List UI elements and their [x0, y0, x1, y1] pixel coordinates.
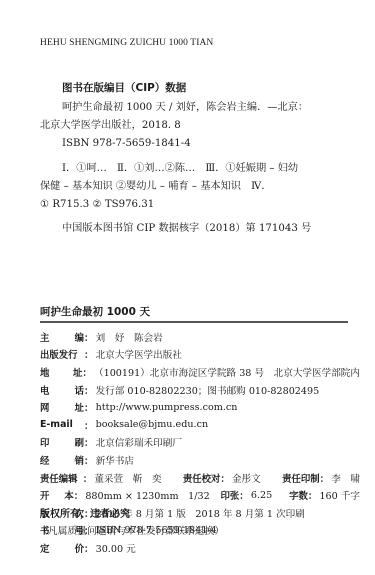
- pinyin-title: HEHU SHENGMING ZUICHU 1000 TIAN: [40, 38, 213, 48]
- label: 责任编辑: [40, 471, 83, 485]
- label: 网址: [40, 400, 84, 414]
- publisher-value: 北京大学医学出版社: [96, 347, 182, 361]
- phone-value: 发行部 010-82802230；图书邮购 010-82802495: [96, 383, 320, 397]
- label: 经销: [40, 453, 84, 467]
- row-publisher: 出版发行：北京大学医学出版社: [40, 346, 360, 364]
- label: 电话: [40, 383, 84, 397]
- divider: [40, 321, 348, 323]
- cip-line: 保健 – 基本知识 ②婴幼儿 – 哺育 – 基本知识 Ⅳ．: [40, 178, 272, 196]
- label: 定价: [40, 541, 84, 555]
- label: E-mail: [40, 419, 84, 430]
- label: 出版发行: [40, 347, 84, 361]
- row-website: 网址：http://www.pumpress.com.cn: [40, 398, 360, 416]
- price-value: 30.00 元: [96, 541, 136, 555]
- email-link[interactable]: booksale@bjmu.edu.cn: [96, 419, 209, 430]
- sheets-label: 印张: [220, 488, 239, 502]
- row-format: 开本：880mm × 1230mm 1/32 印张：6.25 字数：160 千字: [40, 486, 360, 504]
- label: 印刷: [40, 435, 84, 449]
- cip-classification: ① R715.3 ② TS976.31: [40, 196, 154, 214]
- website-link[interactable]: http://www.pumpress.com.cn: [96, 402, 238, 413]
- sheets-value: 6.25: [251, 490, 272, 501]
- words-label: 字数: [289, 488, 308, 502]
- cip-record-number: 中国版本图书馆 CIP 数据核字（2018）第 171043 号: [62, 220, 311, 238]
- editors-value: 刘 妤 陈会岩: [96, 330, 163, 344]
- book-title: 呵护生命最初 1000 天: [40, 304, 150, 319]
- words-value: 160 千字: [319, 488, 360, 502]
- row-printer: 印刷：北京信彩瑞禾印刷厂: [40, 434, 360, 452]
- proof-value: 金彤文: [232, 471, 261, 485]
- format-value: 880mm × 1230mm 1/32: [85, 488, 209, 502]
- rights-statement: 版权所有，违者必究: [40, 505, 130, 520]
- row-editors: 主编：刘 妤 陈会岩: [40, 328, 360, 346]
- distributor-value: 新华书店: [96, 453, 134, 467]
- print-label: 责任印制: [282, 471, 320, 485]
- label: 地址: [40, 365, 82, 379]
- cip-isbn: ISBN 978-7-5659-1841-4: [62, 135, 191, 153]
- cip-line: Ⅰ．①呵… Ⅱ．①刘…②陈… Ⅲ．①妊娠期 – 妇幼: [62, 160, 298, 178]
- label: 主编: [40, 330, 84, 344]
- row-address: 地址：（100191）北京市海淀区学院路 38 号 北京大学医学部院内: [40, 363, 360, 381]
- return-notice: （凡属质量问题请与本社发行部联系退换）: [38, 523, 224, 537]
- responsible-editor-value: 董采萱 靳 奕: [94, 471, 161, 485]
- row-phone: 电话：发行部 010-82802230；图书邮购 010-82802495: [40, 381, 360, 399]
- print-value: 李 啸: [331, 471, 360, 485]
- row-distributor: 经销：新华书店: [40, 451, 360, 469]
- proof-label: 责任校对: [183, 471, 221, 485]
- printer-value: 北京信彩瑞禾印刷厂: [96, 435, 182, 449]
- address-value: （100191）北京市海淀区学院路 38 号 北京大学医学部院内: [94, 365, 360, 379]
- cip-line: 北京大学医学出版社，2018. 8: [40, 117, 181, 135]
- cip-heading: 图书在版编目（CIP）数据: [62, 80, 186, 95]
- row-email: E-mail：booksale@bjmu.edu.cn: [40, 416, 360, 434]
- row-price: 定价：30.00 元: [40, 539, 360, 557]
- cip-line: 呵护生命最初 1000 天 / 刘妤，陈会岩主编．—北京：: [62, 99, 308, 117]
- label: 开本: [40, 488, 74, 502]
- row-responsible: 责任编辑：董采萱 靳 奕 责任校对：金彤文 责任印制：李 啸: [40, 469, 360, 487]
